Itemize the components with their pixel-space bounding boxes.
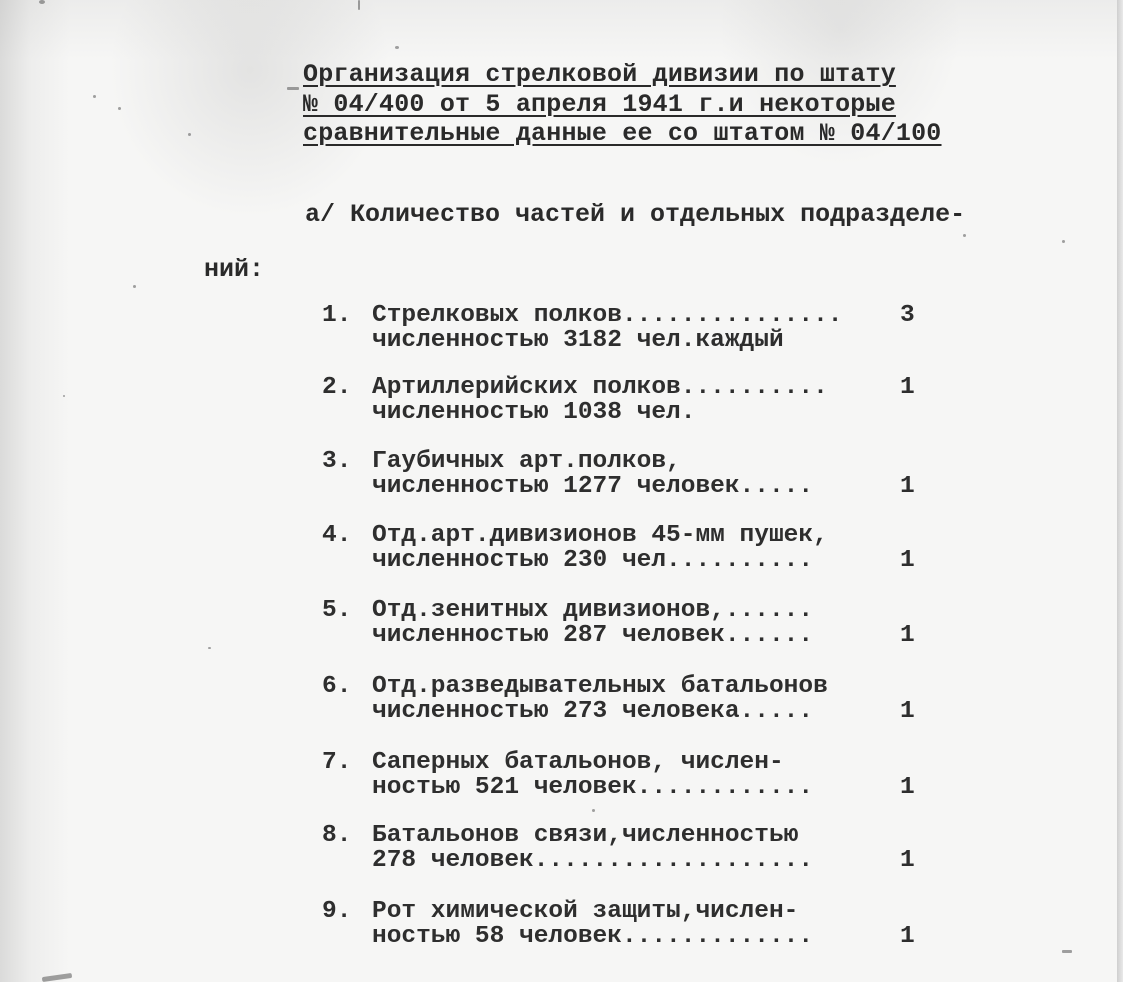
item-number: 3. xyxy=(322,449,351,475)
item-strength: численностью 1277 человек..... xyxy=(372,474,813,500)
title-line: Организация стрелковой дивизии по штату xyxy=(303,60,942,90)
item-number: 6. xyxy=(322,674,351,700)
item-description: Артиллерийских полков.......... xyxy=(372,375,828,401)
item-description: Батальонов связи,численностью xyxy=(372,823,798,849)
item-strength: численностью 1038 чел. xyxy=(372,400,695,426)
title-line-text: Организация стрелковой дивизии по штату xyxy=(303,60,896,89)
scan-speck xyxy=(118,107,121,110)
scan-speck xyxy=(93,95,96,98)
item-strength: численностью 230 чел.......... xyxy=(372,548,813,574)
item-count: 1 xyxy=(900,474,915,500)
item-strength: численностью 3182 чел.каждый xyxy=(372,328,784,354)
item-strength: численностью 287 человек...... xyxy=(372,623,813,649)
scan-speck xyxy=(63,395,65,397)
scan-speck xyxy=(358,0,360,10)
section-heading: а/ Количество частей и отдельных подразд… xyxy=(305,200,965,229)
item-number: 5. xyxy=(322,598,351,624)
title-line-text: сравнительные данные ее со штатом № 04/1… xyxy=(303,119,942,148)
item-number: 7. xyxy=(322,750,351,776)
document-title: Организация стрелковой дивизии по штату … xyxy=(303,60,942,149)
scan-speck xyxy=(287,87,299,90)
scan-speck xyxy=(208,647,211,649)
item-description: Стрелковых полков............... xyxy=(372,303,842,329)
scan-speck xyxy=(1062,240,1065,243)
item-count: 1 xyxy=(900,775,915,801)
scan-speck xyxy=(39,0,45,4)
item-description: Отд.разведывательных батальонов xyxy=(372,674,828,700)
item-description: Гаубичных арт.полков, xyxy=(372,449,681,475)
scan-speck xyxy=(1062,950,1072,953)
item-strength: ностью 58 человек............. xyxy=(372,924,813,950)
scan-speck xyxy=(133,285,136,288)
item-number: 2. xyxy=(322,375,351,401)
item-number: 1. xyxy=(322,303,351,329)
scanned-page: Организация стрелковой дивизии по штату … xyxy=(0,0,1118,982)
page-edge xyxy=(1117,0,1123,982)
item-count: 1 xyxy=(900,848,915,874)
item-description: Отд.зенитных дивизионов,...... xyxy=(372,598,813,624)
item-description: Саперных батальонов, числен- xyxy=(372,750,784,776)
item-count: 1 xyxy=(900,924,915,950)
item-count: 1 xyxy=(900,699,915,725)
item-description: Отд.арт.дивизионов 45-мм пушек, xyxy=(372,523,828,549)
item-description: Рот химической защиты,числен- xyxy=(372,899,798,925)
item-count: 1 xyxy=(900,623,915,649)
title-line-text: № 04/400 от 5 апреля 1941 г.и некоторые xyxy=(303,90,896,119)
item-count: 1 xyxy=(900,375,915,401)
scan-speck xyxy=(188,133,191,136)
scan-speck xyxy=(42,973,72,982)
title-line: № 04/400 от 5 апреля 1941 г.и некоторые xyxy=(303,90,942,120)
item-strength: численностью 273 человека..... xyxy=(372,699,813,725)
item-strength: 278 человек................... xyxy=(372,848,813,874)
item-number: 9. xyxy=(322,899,351,925)
section-heading-continuation: ний: xyxy=(204,255,264,284)
item-count: 3 xyxy=(900,303,915,329)
item-number: 8. xyxy=(322,823,351,849)
item-count: 1 xyxy=(900,548,915,574)
item-number: 4. xyxy=(322,523,351,549)
scan-speck xyxy=(395,46,399,49)
title-line: сравнительные данные ее со штатом № 04/1… xyxy=(303,119,942,149)
scan-speck xyxy=(963,234,966,237)
item-strength: ностью 521 человек............ xyxy=(372,775,813,801)
scan-speck xyxy=(592,809,595,812)
